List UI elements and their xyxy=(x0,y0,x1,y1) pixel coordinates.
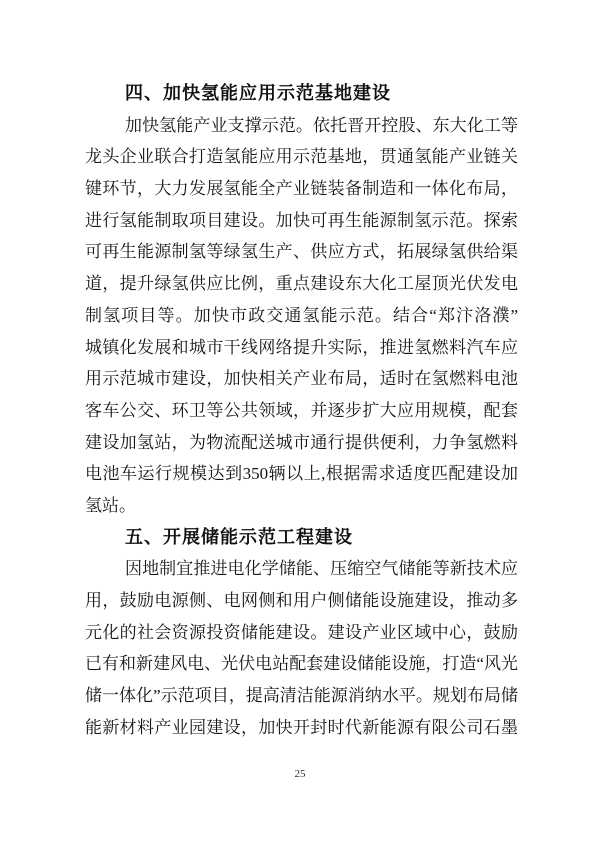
section-heading-5: 五、开展储能示范工程建设 xyxy=(85,522,518,554)
paragraph-line: 键环节，大力发展氢能全产业链装备制造和一体化布局， xyxy=(85,173,518,205)
paragraph-line: 进行氢能制取项目建设。加快可再生能源制氢示范。探索 xyxy=(85,205,518,237)
paragraph-line: 能新材料产业园建设，加快开封时代新能源有限公司石墨 xyxy=(85,712,518,744)
paragraph-line: 城镇化发展和城市干线网络提升实际，推进氢燃料汽车应 xyxy=(85,332,518,364)
section-heading-4: 四、加快氢能应用示范基地建设 xyxy=(85,78,518,110)
paragraph-line: 因地制宜推进电化学储能、压缩空气储能等新技术应 xyxy=(85,553,518,585)
paragraph-line: 用示范城市建设，加快相关产业布局，适时在氢燃料电池 xyxy=(85,363,518,395)
paragraph-line: 已有和新建风电、光伏电站配套建设储能设施，打造“风光 xyxy=(85,648,518,680)
paragraph-line: 龙头企业联合打造氢能应用示范基地，贯通氢能产业链关 xyxy=(85,141,518,173)
paragraph-line: 客车公交、环卫等公共领域，并逐步扩大应用规模，配套 xyxy=(85,395,518,427)
paragraph-line: 用，鼓励电源侧、电网侧和用户侧储能设施建设，推动多 xyxy=(85,585,518,617)
paragraph-line: 加快氢能产业支撑示范。依托晋开控股、东大化工等 xyxy=(85,110,518,142)
paragraph-line: 可再生能源制氢等绿氢生产、供应方式，拓展绿氢供给渠 xyxy=(85,236,518,268)
paragraph-line: 元化的社会资源投资储能建设。建设产业区域中心，鼓励 xyxy=(85,617,518,649)
paragraph-line: 储一体化”示范项目，提高清洁能源消纳水平。规划布局储 xyxy=(85,680,518,712)
paragraph-line: 氢站。 xyxy=(85,490,518,522)
document-body: 四、加快氢能应用示范基地建设 加快氢能产业支撑示范。依托晋开控股、东大化工等 龙… xyxy=(85,78,518,743)
page-number: 25 xyxy=(0,768,600,780)
paragraph-line: 建设加氢站，为物流配送城市通行提供便利，力争氢燃料 xyxy=(85,427,518,459)
paragraph-line: 制氢项目等。加快市政交通氢能示范。结合“郑汴洛濮” xyxy=(85,300,518,332)
paragraph-line: 电池车运行规模达到350辆以上,根据需求适度匹配建设加 xyxy=(85,458,518,490)
paragraph-line: 道，提升绿氢供应比例，重点建设东大化工屋顶光伏发电 xyxy=(85,268,518,300)
document-page: 四、加快氢能应用示范基地建设 加快氢能产业支撑示范。依托晋开控股、东大化工等 龙… xyxy=(0,0,600,848)
